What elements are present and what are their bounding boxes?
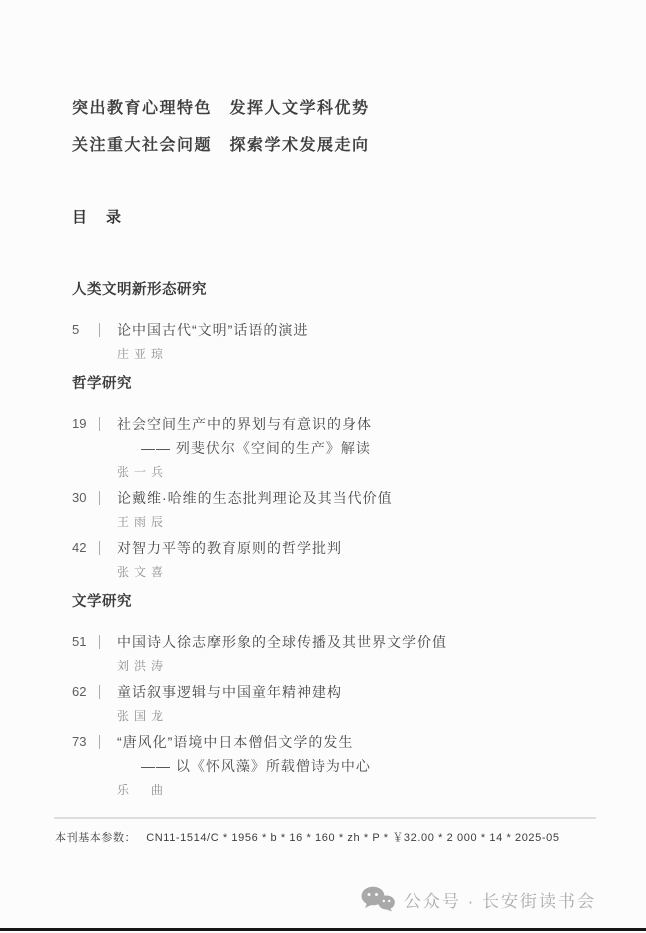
entry-title: 论戴维·哈维的生态批判理论及其当代价值 bbox=[117, 486, 596, 510]
entry-author: 王雨辰 bbox=[117, 514, 596, 530]
entry-title: 论中国古代“文明”话语的演进 bbox=[117, 318, 596, 342]
entry-subtitle: —— 以《怀风藻》所载僧诗为中心 bbox=[141, 754, 596, 778]
entry-page-number: 73 bbox=[72, 730, 99, 754]
section-heading-philosophy: 哲学研究 bbox=[72, 374, 596, 394]
entry-divider bbox=[99, 735, 100, 749]
entry-subtitle: —— 列斐伏尔《空间的生产》解读 bbox=[141, 436, 596, 460]
entry-text: 论中国古代“文明”话语的演进 庄亚琼 bbox=[117, 318, 596, 362]
journal-parameters: 本刊基本参数：CN11-1514/C * 1956 * b * 16 * 160… bbox=[55, 829, 560, 845]
entry-author: 张一兵 bbox=[117, 464, 596, 480]
journal-toc-page: 突出教育心理特色 发挥人文学科优势 关注重大社会问题 探索学术发展走向 目 录 … bbox=[0, 0, 646, 933]
entry-divider bbox=[99, 541, 100, 555]
section-heading-literature: 文学研究 bbox=[72, 592, 596, 612]
page-content: 突出教育心理特色 发挥人文学科优势 关注重大社会问题 探索学术发展走向 目 录 … bbox=[0, 0, 646, 798]
toc-title: 目 录 bbox=[72, 208, 596, 228]
entry-page-number: 51 bbox=[72, 630, 99, 654]
footer-divider bbox=[54, 817, 596, 819]
toc-entry: 42 对智力平等的教育原则的哲学批判 张文喜 bbox=[72, 536, 596, 580]
entry-title: 对智力平等的教育原则的哲学批判 bbox=[117, 536, 596, 560]
entry-page-number: 30 bbox=[72, 486, 99, 510]
toc-entry: 62 童话叙事逻辑与中国童年精神建构 张国龙 bbox=[72, 680, 596, 724]
entry-text: 社会空间生产中的界划与有意识的身体 —— 列斐伏尔《空间的生产》解读 张一兵 bbox=[117, 412, 596, 480]
entry-divider bbox=[99, 685, 100, 699]
wechat-icon bbox=[361, 886, 395, 912]
slogan-line-2: 关注重大社会问题 探索学术发展走向 bbox=[72, 127, 596, 164]
section-heading-civilization: 人类文明新形态研究 bbox=[72, 280, 596, 300]
slogan-line-1: 突出教育心理特色 发挥人文学科优势 bbox=[72, 90, 596, 127]
watermark: 公众号 · 长安街读书会 bbox=[361, 886, 596, 912]
entry-text: 中国诗人徐志摩形象的全球传播及其世界文学价值 刘洪涛 bbox=[117, 630, 596, 674]
journal-slogan: 突出教育心理特色 发挥人文学科优势 关注重大社会问题 探索学术发展走向 bbox=[72, 90, 596, 164]
toc-entry: 30 论戴维·哈维的生态批判理论及其当代价值 王雨辰 bbox=[72, 486, 596, 530]
entry-text: 对智力平等的教育原则的哲学批判 张文喜 bbox=[117, 536, 596, 580]
entry-divider bbox=[99, 323, 100, 337]
entry-page-number: 62 bbox=[72, 680, 99, 704]
toc-entry: 19 社会空间生产中的界划与有意识的身体 —— 列斐伏尔《空间的生产》解读 张一… bbox=[72, 412, 596, 480]
entry-divider bbox=[99, 491, 100, 505]
toc-entry: 73 “唐风化”语境中日本僧侣文学的发生 —— 以《怀风藻》所载僧诗为中心 乐 … bbox=[72, 730, 596, 798]
params-label: 本刊基本参数： bbox=[55, 832, 136, 844]
entry-author: 刘洪涛 bbox=[117, 658, 596, 674]
entry-title: 社会空间生产中的界划与有意识的身体 bbox=[117, 412, 596, 436]
entry-divider bbox=[99, 417, 100, 431]
entry-author: 庄亚琼 bbox=[117, 346, 596, 362]
entry-author: 张国龙 bbox=[117, 708, 596, 724]
entry-author: 乐 曲 bbox=[117, 782, 596, 798]
toc-entry: 51 中国诗人徐志摩形象的全球传播及其世界文学价值 刘洪涛 bbox=[72, 630, 596, 674]
watermark-text: 公众号 · 长安街读书会 bbox=[404, 887, 596, 912]
entry-title: 中国诗人徐志摩形象的全球传播及其世界文学价值 bbox=[117, 630, 596, 654]
entry-text: 论戴维·哈维的生态批判理论及其当代价值 王雨辰 bbox=[117, 486, 596, 530]
params-value: CN11-1514/C * 1956 * b * 16 * 160 * zh *… bbox=[146, 832, 559, 844]
entry-divider bbox=[99, 635, 100, 649]
entry-page-number: 19 bbox=[72, 412, 99, 436]
entry-title: “唐风化”语境中日本僧侣文学的发生 bbox=[117, 730, 596, 754]
entry-text: 童话叙事逻辑与中国童年精神建构 张国龙 bbox=[117, 680, 596, 724]
entry-text: “唐风化”语境中日本僧侣文学的发生 —— 以《怀风藻》所载僧诗为中心 乐 曲 bbox=[117, 730, 596, 798]
entry-page-number: 5 bbox=[72, 318, 99, 342]
entry-author: 张文喜 bbox=[117, 564, 596, 580]
toc-entry: 5 论中国古代“文明”话语的演进 庄亚琼 bbox=[72, 318, 596, 362]
entry-title: 童话叙事逻辑与中国童年精神建构 bbox=[117, 680, 596, 704]
entry-page-number: 42 bbox=[72, 536, 99, 560]
page-bottom-edge bbox=[0, 928, 646, 931]
